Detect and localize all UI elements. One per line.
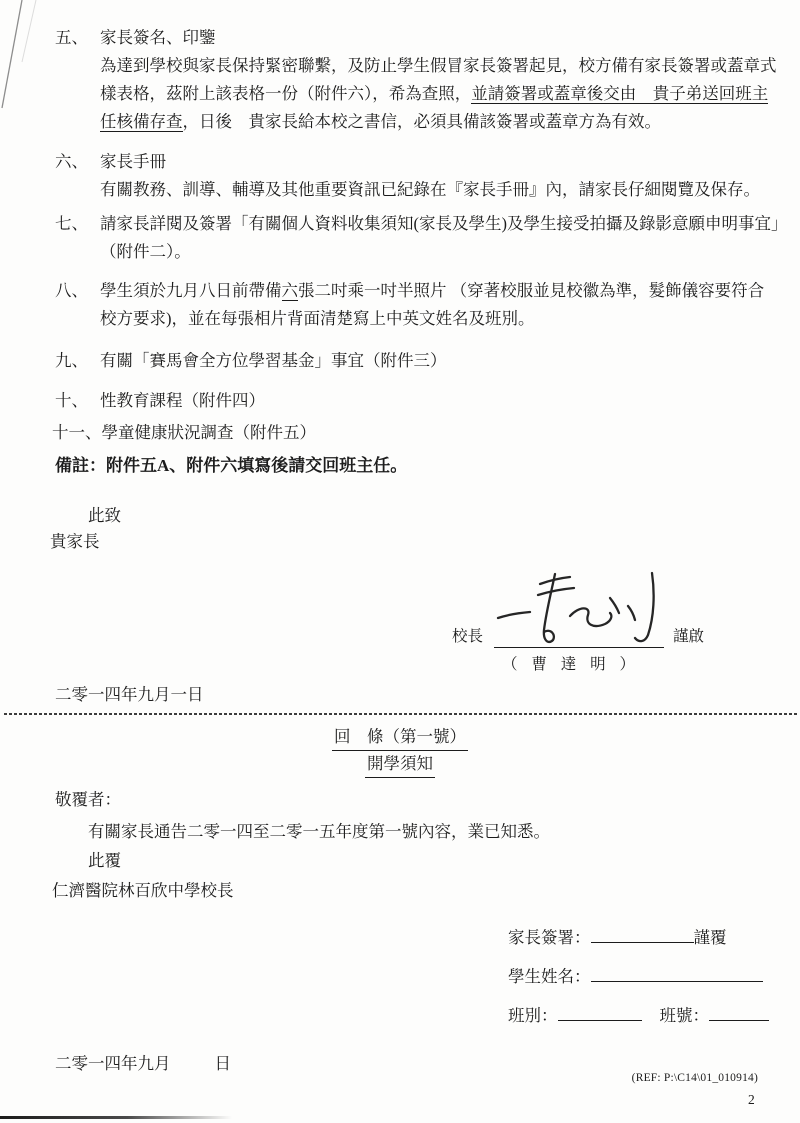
item-5-title: 家長簽名、印鑒 xyxy=(100,24,777,52)
reply-slip-header: 回 條（第一號） 開學須知 xyxy=(0,724,800,778)
signature-scrawl xyxy=(492,568,672,652)
notice-item-6: 六、 家長手冊 有關教務、訓導、輔導及其他重要資訊已紀錄在『家長手冊』內，請家長… xyxy=(55,148,775,204)
reply-date-month: 二零一四年九月 xyxy=(55,1054,171,1073)
cut-line-divider xyxy=(4,713,797,715)
item-5-underlined-text-cont: 任核備存查 xyxy=(100,112,183,132)
notice-item-7: 七、 請家長詳閱及簽署「有關個人資料收集須知(家長及學生)及學生接受拍攝及錄影意… xyxy=(55,210,775,266)
remark-note: 備註：附件五A、附件六填寫後請交回班主任。 xyxy=(55,452,407,480)
parent-signature-blank xyxy=(591,926,694,943)
class-number-blank xyxy=(709,1004,769,1021)
principal-signature-block: 校長 謹啟 （ 曹 達 明 ） xyxy=(440,568,750,678)
reply-salutation: 敬覆者： xyxy=(55,786,121,814)
student-name-blank xyxy=(591,965,763,982)
reply-slip-subtitle: 開學須知 xyxy=(365,751,435,778)
signature-role-label: 校長 xyxy=(452,624,483,646)
item-8-line-1-plain: 學生須於九月八日前帶備 xyxy=(100,281,282,300)
parent-signature-field: 家長簽署：謹覆 xyxy=(508,924,727,952)
item-8-number: 八、 xyxy=(55,277,100,333)
item-5-underlined-text: 並請簽署或蓋章後交由 貴子弟送回班主 xyxy=(471,84,768,104)
reply-body: 有關家長通告二零一四至二零一五年度第一號內容，業已知悉。 xyxy=(88,818,550,846)
reply-cifu: 此覆 xyxy=(88,847,121,875)
item-7-body-line-2: （附件二）。 xyxy=(100,238,788,266)
item-9-body: 有關「賽馬會全方位學習基金」事宜（附件三） xyxy=(100,347,775,375)
item-8-underlined-six: 六 xyxy=(282,281,299,301)
page-number: 2 xyxy=(748,1092,755,1108)
item-5-body-line-2: 樣表格，茲附上該表格一份（附件六），希為查照，並請簽署或蓋章後交由 貴子弟送回班… xyxy=(100,80,777,108)
notice-item-9: 九、 有關「賽馬會全方位學習基金」事宜（附件三） xyxy=(55,347,775,375)
item-5-body-line-1: 為達到學校與家長保持緊密聯繫，及防止學生假冒家長簽署起見，校方備有家長簽署或蓋章… xyxy=(100,52,777,80)
item-8-line-1-rest: 張二吋乘一吋半照片 （穿著校服並見校徽為準，髮飾儀容要符合 xyxy=(298,281,764,300)
ref-code: (REF: P:\C14\01_010914) xyxy=(632,1072,758,1084)
reply-slip-title: 回 條（第一號） xyxy=(332,724,468,751)
class-fields: 班別：班號： xyxy=(508,1002,769,1030)
item-7-number: 七、 xyxy=(55,210,100,266)
signature-respect-label: 謹啟 xyxy=(673,624,704,646)
class-blank xyxy=(558,1004,642,1021)
class-number-label: 班號： xyxy=(660,1006,710,1025)
reply-date-day: 日 xyxy=(215,1054,232,1073)
item-6-body: 有關教務、訓導、輔導及其他重要資訊已紀錄在『家長手冊』內，請家長仔細閱覽及保存。 xyxy=(100,176,775,204)
notice-item-8: 八、 學生須於九月八日前帶備六張二吋乘一吋半照片 （穿著校服並見校徽為準，髮飾儀… xyxy=(55,277,775,333)
scan-artifact-bottomleft xyxy=(0,1116,232,1119)
jin-fu-label: 謹覆 xyxy=(694,928,727,947)
class-label: 班別： xyxy=(508,1006,558,1025)
item-5-body-line-3: 任核備存查，日後 貴家長給本校之書信，必須具備該簽署或蓋章方為有效。 xyxy=(100,108,777,136)
item-5-body-line-3-plain: ，日後 貴家長給本校之書信，必須具備該簽署或蓋章方為有效。 xyxy=(183,112,662,131)
student-name-field: 學生姓名： xyxy=(508,963,763,991)
closing-recipient: 貴家長 xyxy=(50,528,100,556)
principal-name: （ 曹 達 明 ） xyxy=(502,652,640,674)
item-5-body-line-2-plain: 樣表格，茲附上該表格一份（附件六），希為查照， xyxy=(100,84,471,103)
item-8-body-line-2: 校方要求)，並在每張相片背面清楚寫上中英文姓名及班別。 xyxy=(100,305,775,333)
signature-line xyxy=(494,647,664,648)
reply-principal-title: 仁濟醫院林百欣中學校長 xyxy=(52,877,234,905)
item-8-body-line-1: 學生須於九月八日前帶備六張二吋乘一吋半照片 （穿著校服並見校徽為準，髮飾儀容要符… xyxy=(100,277,775,305)
item-10-body: 性教育課程（附件四） xyxy=(100,387,775,415)
item-9-number: 九、 xyxy=(55,347,100,375)
notice-date: 二零一四年九月一日 xyxy=(55,681,204,709)
notice-item-10: 十、 性教育課程（附件四） xyxy=(55,387,775,415)
item-7-body-line-1: 請家長詳閱及簽署「有關個人資料收集須知(家長及學生)及學生接受拍攝及錄影意願申明… xyxy=(100,210,788,238)
student-name-label: 學生姓名： xyxy=(508,967,591,986)
item-6-number: 六、 xyxy=(55,148,100,204)
closing-cizhi: 此致 xyxy=(88,502,121,530)
notice-item-5: 五、 家長簽名、印鑒 為達到學校與家長保持緊密聯繫，及防止學生假冒家長簽署起見，… xyxy=(55,24,775,136)
notice-item-11: 十一、學童健康狀況調查（附件五） xyxy=(52,419,316,447)
scanned-notice-page: 五、 家長簽名、印鑒 為達到學校與家長保持緊密聯繫，及防止學生假冒家長簽署起見，… xyxy=(0,0,800,1123)
item-5-number: 五、 xyxy=(55,24,100,136)
item-6-title: 家長手冊 xyxy=(100,148,775,176)
item-10-number: 十、 xyxy=(55,387,100,415)
parent-signature-label: 家長簽署： xyxy=(508,928,591,947)
reply-date: 二零一四年九月日 xyxy=(55,1050,231,1078)
